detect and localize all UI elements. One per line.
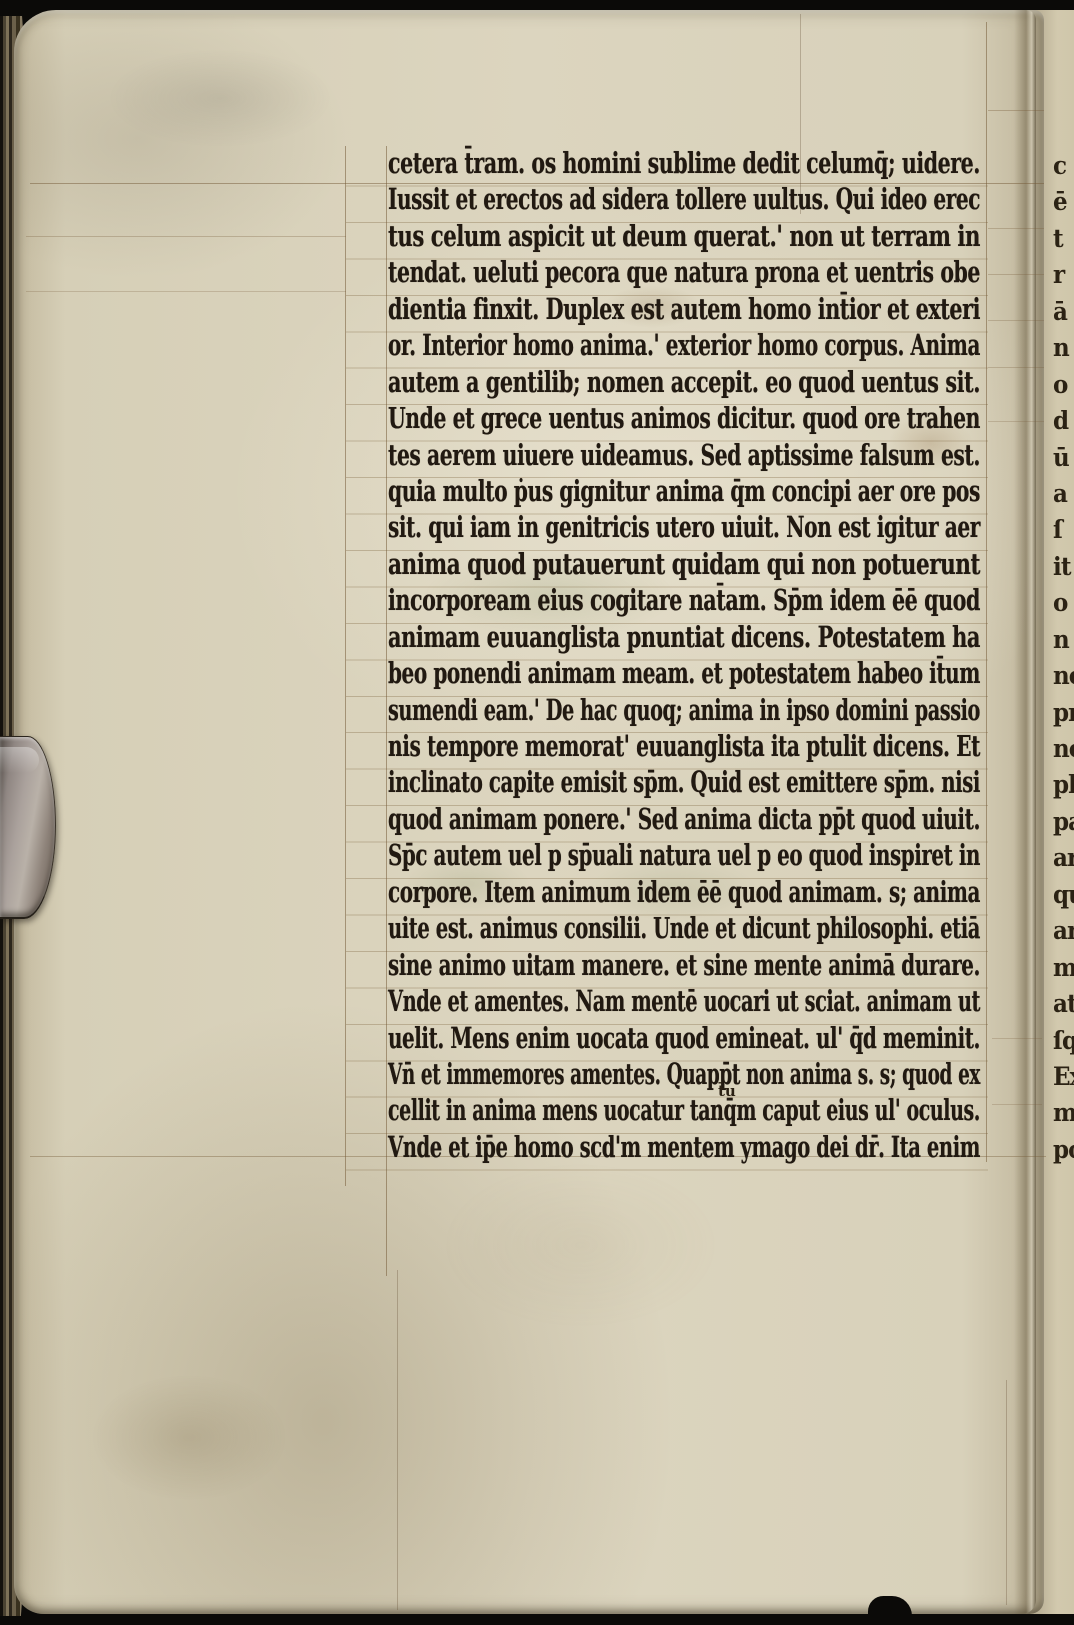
facing-page-fragment: an xyxy=(1053,913,1074,949)
facing-page-fragment: m xyxy=(1053,950,1074,986)
manuscript-line: corpore. Item animum idem ēē quod animam… xyxy=(388,875,980,909)
facing-page-fragment: ſq xyxy=(1053,1023,1074,1059)
facing-page-fragment: pa xyxy=(1053,804,1074,840)
facing-page-fragment: a xyxy=(1053,476,1067,512)
text-block: cetera t̄ram. os homini sublime dedit ce… xyxy=(388,146,1008,1166)
facing-page-fragment: o xyxy=(1053,367,1067,403)
facing-page-fragment: it xyxy=(1053,549,1071,585)
facing-page-fragment: d xyxy=(1053,403,1068,439)
manuscript-line: Vnde et ip̄e homo scd'm mentem ymago dei… xyxy=(388,1130,980,1164)
manuscript-photo: cētrānodūaſitonnoprnophpaarquanmatſqExmp… xyxy=(0,0,1074,1625)
manuscript-line: quod animam ponere.' Sed anima dicta pp̄… xyxy=(388,802,980,836)
interlinear-correction: t̄u xyxy=(718,1082,736,1100)
facing-page-fragment: r xyxy=(1053,257,1064,293)
manuscript-line: Vn̄ et immemores amentes. Quapp̄t non an… xyxy=(388,1057,980,1091)
manuscript-line: beo ponendi animam meam. et potestatem h… xyxy=(388,656,980,690)
margin-rule xyxy=(26,291,346,292)
manuscript-line: sit. qui iam in genitricis utero uiuit. … xyxy=(388,510,980,544)
facing-page-text-fragments: cētrānodūaſitonnoprnophpaarquanmatſqExmp… xyxy=(1053,148,1074,1208)
facing-page-fragment: t xyxy=(1053,221,1063,257)
facing-page-fragment: ū xyxy=(1053,440,1069,476)
left-inner-rule xyxy=(386,146,387,1276)
manuscript-line: tendat. ueluti pecora que natura prona e… xyxy=(388,255,980,289)
margin-rule xyxy=(26,236,346,237)
facing-page-fragment: at xyxy=(1053,986,1074,1022)
manuscript-line: inclinato capite emisit sp̄m. Quid est e… xyxy=(388,765,980,799)
manuscript-line: dientia finxit. Duplex est autem homo in… xyxy=(388,292,980,326)
facing-page-fragment: ph xyxy=(1053,767,1074,803)
manuscript-line: or. Interior homo anima.' exterior homo … xyxy=(388,328,980,362)
manuscript-line: autem a gentilib; nomen accepit. eo quod… xyxy=(388,365,980,399)
facing-page-fragment: no xyxy=(1053,731,1074,767)
facing-page-fragment: ſ xyxy=(1053,512,1062,548)
facing-page-fragment: m xyxy=(1053,1095,1074,1131)
manuscript-line: tus celum aspicit ut deum querat.' non u… xyxy=(388,219,980,253)
facing-page-fragment: qu xyxy=(1053,877,1074,913)
manuscript-line: sumendi eam.' De hac quoq; anima in ipso… xyxy=(388,693,980,727)
facing-page-fragment: pr xyxy=(1053,695,1074,731)
manuscript-line: animam euuanglista pnuntiat dicens. Pote… xyxy=(388,620,980,654)
manuscript-line: sine animo uitam manere. et sine mente a… xyxy=(388,948,980,982)
manuscript-line: cellit in anima mens uocatur tanq̄m capu… xyxy=(388,1093,980,1127)
manuscript-line: Unde et grece uentus animos dicitur. quo… xyxy=(388,401,980,435)
parchment-crease xyxy=(1006,1380,1007,1605)
facing-page-fragment: ā xyxy=(1053,294,1067,330)
facing-page-fragment: n xyxy=(1053,622,1069,658)
manuscript-line: uite est. animus consilii. Unde et dicun… xyxy=(388,911,980,945)
manuscript-line: uelit. Mens enim uocata quod emineat. ul… xyxy=(388,1021,980,1055)
facing-page-fragment: ē xyxy=(1053,184,1067,220)
left-bounding-rule xyxy=(345,146,346,1186)
facing-page-fragment: c xyxy=(1053,148,1066,184)
facing-page-fragment: no xyxy=(1053,658,1074,694)
manuscript-line: Vnde et amentes. Nam mentē uocari ut sci… xyxy=(388,984,980,1018)
facing-page-fragment: o xyxy=(1053,585,1067,621)
manuscript-line: nis tempore memorat' euuanglista ita ptu… xyxy=(388,729,980,763)
manuscript-line: cetera t̄ram. os homini sublime dedit ce… xyxy=(388,146,980,180)
manuscript-line: anima quod putauerunt quidam qui non pot… xyxy=(388,547,980,581)
facing-page-fragment: Ex xyxy=(1053,1059,1074,1095)
manuscript-line: Iussit et erectos ad sidera tollere uult… xyxy=(388,182,980,216)
facing-page-fragment: po xyxy=(1053,1132,1074,1168)
facing-page-fragment: ar xyxy=(1053,840,1074,876)
manuscript-line: quia multo ṗus gignitur anima q̄m concip… xyxy=(388,474,980,508)
manuscript-line: Sp̄c autem uel p sp̄uali natura uel p eo… xyxy=(388,838,980,872)
margin-rule-stub xyxy=(988,110,1044,111)
manuscript-line: tes aerem uiuere uideamus. Sed aptissime… xyxy=(388,438,980,472)
parchment-crease xyxy=(397,1270,398,1610)
manuscript-line: incorpoream eius cogitare nat̄am. Sp̄m i… xyxy=(388,583,980,617)
facing-page-fragment: n xyxy=(1053,330,1069,366)
